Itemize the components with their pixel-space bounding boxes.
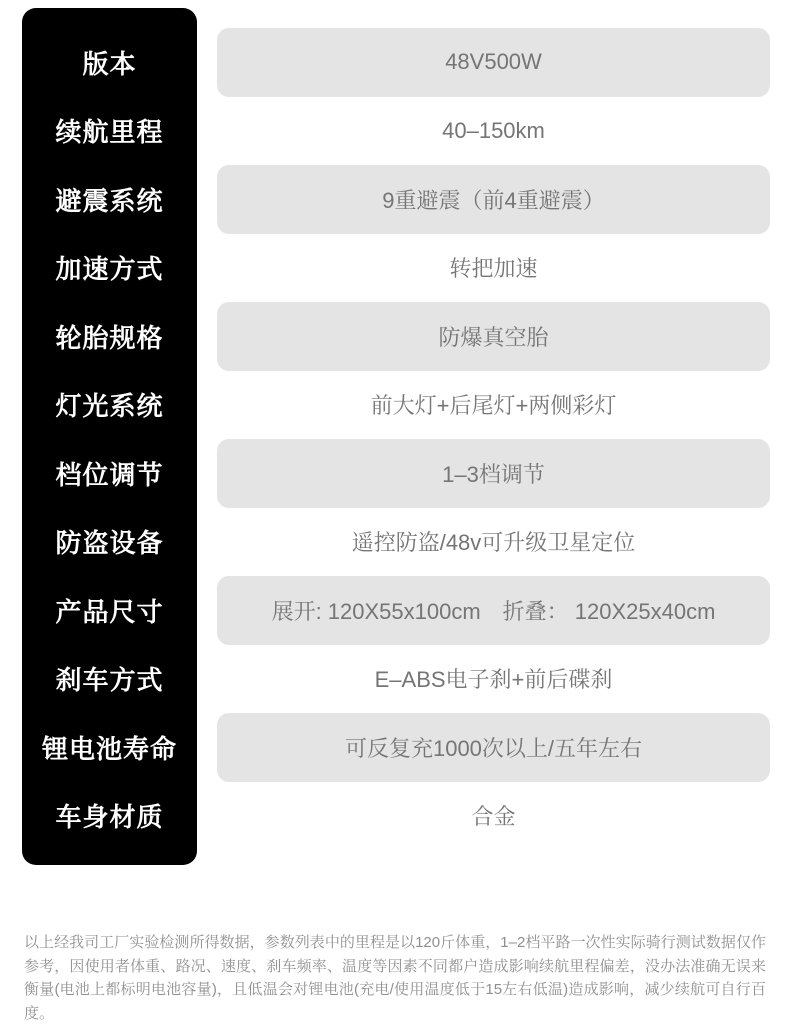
spec-value: E–ABS电子刹+前后碟刹 <box>217 645 770 714</box>
spec-label: 续航里程 <box>22 97 197 166</box>
spec-value: 转把加速 <box>217 234 770 303</box>
spec-label: 加速方式 <box>22 234 197 303</box>
product-spec-sheet: 版本续航里程避震系统加速方式轮胎规格灯光系统档位调节防盗设备产品尺寸刹车方式锂电… <box>0 0 790 1029</box>
spec-label: 档位调节 <box>22 439 197 508</box>
spec-value: 遥控防盗/48v可升级卫星定位 <box>217 508 770 577</box>
spec-label: 轮胎规格 <box>22 302 197 371</box>
spec-value: 防爆真空胎 <box>217 302 770 371</box>
spec-value: 1–3档调节 <box>217 439 770 508</box>
spec-value-column: 48V500W40–150km9重避震（前4重避震）转把加速防爆真空胎前大灯+后… <box>217 28 770 850</box>
disclaimer-text: 以上经我司工厂实验检测所得数据，参数列表中的里程是以120斤体重，1–2档平路一… <box>24 931 766 1026</box>
spec-value: 前大灯+后尾灯+两侧彩灯 <box>217 371 770 440</box>
spec-value: 9重避震（前4重避震） <box>217 165 770 234</box>
spec-label: 避震系统 <box>22 165 197 234</box>
spec-value: 展开: 120X55x100cm 折叠： 120X25x40cm <box>217 576 770 645</box>
spec-value: 48V500W <box>217 28 770 97</box>
spec-label: 防盗设备 <box>22 508 197 577</box>
spec-label: 车身材质 <box>22 782 197 851</box>
spec-value: 40–150km <box>217 97 770 166</box>
spec-value: 合金 <box>217 782 770 851</box>
spec-label: 刹车方式 <box>22 645 197 714</box>
spec-label-column: 版本续航里程避震系统加速方式轮胎规格灯光系统档位调节防盗设备产品尺寸刹车方式锂电… <box>22 8 197 865</box>
spec-label: 版本 <box>22 28 197 97</box>
spec-label: 产品尺寸 <box>22 576 197 645</box>
spec-label: 灯光系统 <box>22 371 197 440</box>
spec-value: 可反复充1000次以上/五年左右 <box>217 713 770 782</box>
spec-label: 锂电池寿命 <box>22 713 197 782</box>
